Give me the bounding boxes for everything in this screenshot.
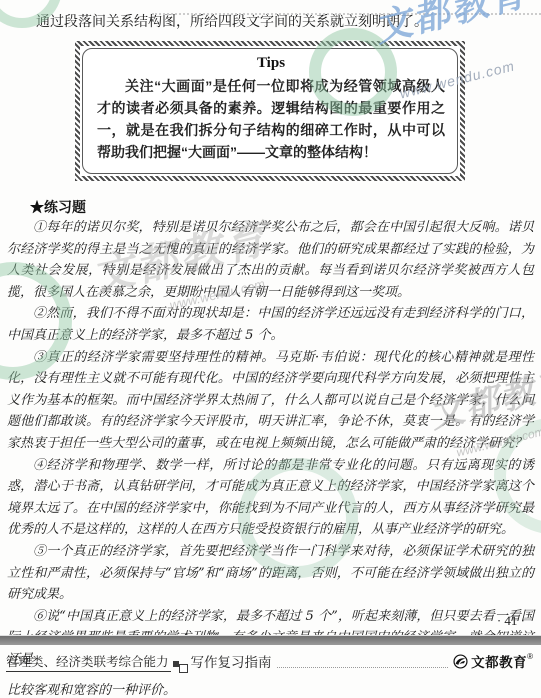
exercise-paragraph-2: ②然而，我们不得不面对的现状却是：中国的经济学还远远没有走到经济科学的门口，中国… [7,303,534,346]
tips-body-text: 关注“大画面”是任何一位即将成为经管领域高级人才的读者必须具备的素养。逻辑结构图… [97,75,445,163]
exercise-paragraph-5: ⑤一个真正的经济学家，首先要把经济学当作一门科学来对待，必须保证学术研究的独立性… [7,541,534,606]
scanned-book-page: 文都教育® www.wendu.com 文都教育 www.wendu.com 文… [0,0,541,698]
squares-icon [173,659,188,672]
wendu-logo-icon [453,654,468,669]
intro-paragraph: 通过段落间关系结构图，所给四段文字间的关系就立刻明朗了。 [8,13,533,32]
tips-title: Tips [97,55,445,72]
tips-box-decorative-border: Tips 关注“大画面”是任何一位即将成为经管领域高级人才的读者必须具备的素养。… [75,41,465,181]
exercise-section-title: ★练习题 [30,197,533,217]
page-footer: 管理类、经济类联考综合能力 写作复习指南 文都教育 ® 比较客观和宽容的一种评价… [0,635,541,698]
wendu-footer-logo: 文都教育 ® [453,651,533,671]
exercise-paragraph-3: ③真正的经济学家需要坚持理性的精神。马克斯·韦伯说：现代化的核心精神就是理性化，… [7,347,534,455]
footer-divider-bar [0,635,541,645]
footer-brand-name: 文都教育 [471,651,527,671]
running-footer: 管理类、经济类联考综合能力 写作复习指南 文都教育 ® [0,645,541,672]
top-rule-divider [152,13,541,15]
footer-section-label: 写作复习指南 [191,651,272,671]
page-number: · 41 · [497,613,525,629]
dotted-leader-line [277,667,449,668]
page-content: 通过段落间关系结构图，所给四段文字间的关系就立刻明朗了。 Tips 关注“大画面… [0,13,541,670]
tips-box-inner: Tips 关注“大画面”是任何一位即将成为经管领域高级人才的读者必须具备的素养。… [82,48,458,174]
tips-box: Tips 关注“大画面”是任何一位即将成为经管领域高级人才的读者必须具备的素养。… [75,41,465,181]
outline-square-icon [179,664,188,673]
exercise-paragraph-4: ④经济学和物理学、数学一样，所讨论的都是非常专业化的问题。只有远离现实的诱惑，潜… [7,455,534,541]
next-page-first-line: 比较客观和宽容的一种评价。 [7,679,533,698]
book-title: 管理类、经济类联考综合能力 [6,652,171,672]
exercise-paragraph-1: ①每年的诺贝尔奖，特别是诺贝尔经济学奖公布之后，都会在中国引起很大反响。诺贝尔经… [7,217,534,303]
registered-mark-icon: ® [527,652,533,661]
